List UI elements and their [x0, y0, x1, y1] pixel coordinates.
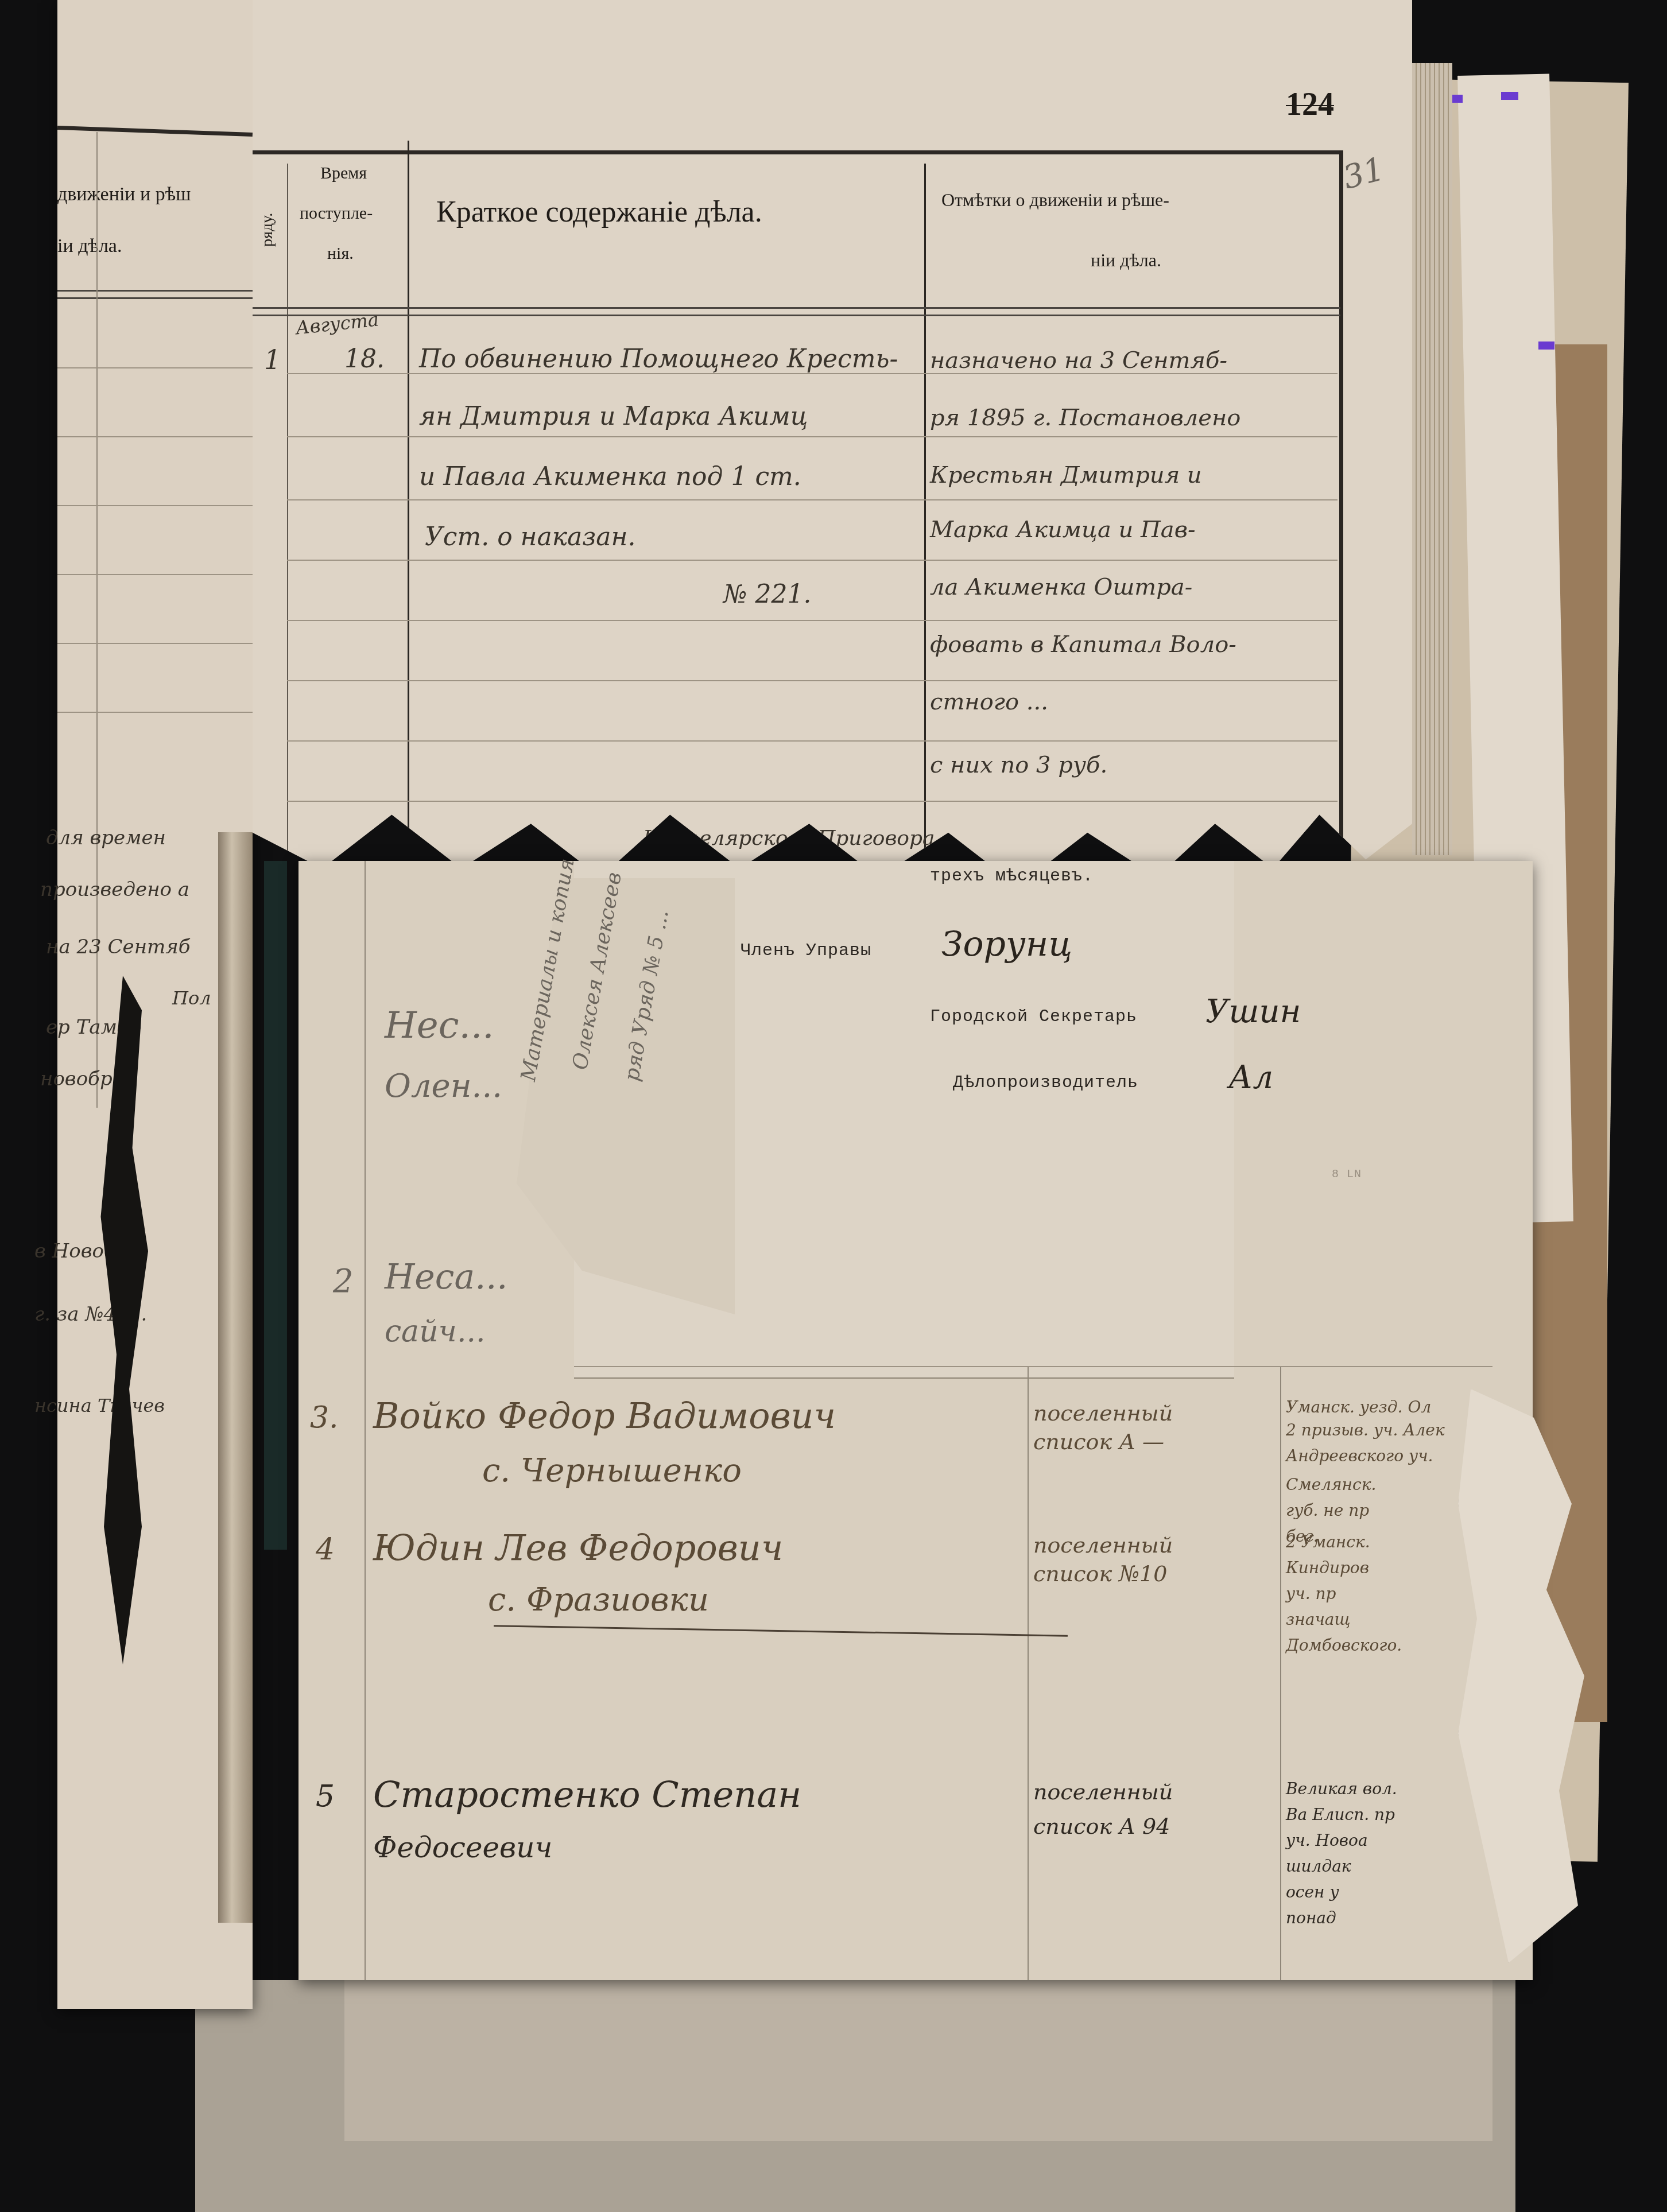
- gutter-dark: [264, 861, 287, 1550]
- movement-line-7: стного ...: [930, 689, 1048, 715]
- typed-fragment-months: трехъ мѣсяцевъ.: [930, 867, 1094, 886]
- page-number: 124: [1286, 86, 1334, 123]
- movement-line-3: Крестьян Дмитрия и: [930, 462, 1202, 488]
- summary-line-3: и Павла Акименка под 1 ст.: [419, 462, 801, 491]
- col-divider-movement: [924, 164, 926, 887]
- left-note-3: на 23 Сентяб: [46, 936, 191, 958]
- list-row-4-no: 4: [316, 1532, 335, 1567]
- list-row-4-name-1: Юдин Лев Федорович: [373, 1527, 783, 1569]
- signature-label-secretary: Городской Секретарь: [930, 1007, 1137, 1027]
- list-row-5-note-6: понад: [1286, 1908, 1336, 1927]
- list-row-4-note-1: 2 Уманск.: [1286, 1532, 1370, 1551]
- list-row-3-note-2: 2 призыв. уч. Алек: [1286, 1421, 1445, 1439]
- list-row-3-note-1: Уманск. уезд. Ол: [1286, 1398, 1431, 1417]
- left-header-bottom-rule: [57, 290, 253, 299]
- header-rule: [57, 126, 253, 137]
- list-row-3-name-1: Войко Федор Вадимович: [373, 1395, 836, 1437]
- ruled-line: [287, 560, 1338, 561]
- ledger-row-line: [57, 367, 253, 368]
- list-row-5-note-3: уч. Новоа: [1286, 1831, 1368, 1850]
- list-row-1-name-1: Нес...: [385, 1004, 494, 1047]
- list-row-4-status-1: поселенный: [1033, 1532, 1173, 1558]
- summary-line-1: По обвинению Помощнего Кресть-: [419, 344, 898, 374]
- col-header-summary: Краткое содержанiе дѣла.: [436, 195, 762, 229]
- col-header-time-1: Время: [320, 164, 367, 183]
- list-row-5-name-1: Старостенко Степан: [373, 1774, 801, 1815]
- stamp-fragment: 8 LN: [1332, 1168, 1362, 1181]
- council-form-sheet: трехъ мѣсяцевъ. Членъ Управы Зорунц Горо…: [298, 861, 1533, 1980]
- left-column-line: [96, 132, 98, 1108]
- torn-bottom-line: Канцелярского Приговора ...: [643, 826, 961, 850]
- list-row-5-note-4: шилдак: [1286, 1857, 1351, 1876]
- ledger-row-line: [57, 643, 253, 644]
- list-row-2-no: 2: [333, 1263, 354, 1300]
- col-header-movement-1: Отмѣтки о движенiи и рѣше-: [941, 189, 1169, 211]
- purple-tab-2: [1501, 92, 1518, 100]
- ruled-line: [287, 620, 1338, 621]
- list-row-3-no: 3.: [310, 1400, 339, 1435]
- ledger-right-page: 124 31 ряду. Время поступле- нiя. Кратко…: [253, 0, 1412, 895]
- signature-member: Зорунц: [941, 924, 1072, 964]
- archive-annotation: 31: [1339, 150, 1389, 197]
- col-header-row-no: ряду.: [258, 213, 277, 247]
- ledger-row-line: [57, 712, 253, 713]
- list-row-5-note-5: осен у: [1286, 1883, 1339, 1901]
- list-row-3-note-5: губ. не пр: [1286, 1501, 1369, 1520]
- movement-line-5: ла Акименка Оштра-: [930, 574, 1192, 600]
- list-row-2-name-1: Неса...: [385, 1257, 507, 1297]
- ledger-row-line: [57, 574, 253, 575]
- signature-secretary: Ушин: [1205, 993, 1301, 1030]
- signature-label-clerk: Дѣлопроизводитель: [953, 1073, 1138, 1093]
- list-col-notes: [1280, 1366, 1281, 1980]
- list-row-4-name-2: с. Фразиовки: [488, 1581, 709, 1619]
- list-top-rule: [574, 1366, 1492, 1367]
- signature-clerk: Ал: [1228, 1059, 1273, 1096]
- list-row-3-note-3: Андреевского уч.: [1286, 1446, 1433, 1465]
- table-top-rule: [253, 150, 1343, 154]
- ledger-row-line: [57, 505, 253, 506]
- left-note-4: Пол: [172, 987, 211, 1009]
- purple-tab-3: [1538, 341, 1554, 350]
- list-col-no: [365, 861, 366, 1980]
- list-row-5-status-1: поселенный: [1033, 1779, 1173, 1804]
- col-header-time-3: нiя.: [327, 244, 354, 263]
- list-row-3-name-2: с. Чернышенко: [482, 1452, 742, 1489]
- summary-case-number: № 221.: [723, 580, 812, 609]
- col-header-time-2: поступле-: [300, 204, 373, 223]
- ruled-line: [287, 740, 1338, 742]
- movement-line-4: Марка Акимца и Пав-: [930, 517, 1195, 543]
- list-col-status: [1028, 1366, 1029, 1980]
- list-row-4-note-2: Киндиров: [1286, 1558, 1369, 1577]
- list-row-5-no: 5: [316, 1779, 335, 1814]
- list-row-5-name-2: Федосеевич: [373, 1831, 552, 1864]
- left-note-9: нсина Ткачев: [34, 1395, 165, 1417]
- movement-line-6: фовать в Капитал Воло-: [930, 631, 1236, 658]
- list-row-3-status-2: список А —: [1033, 1429, 1164, 1454]
- col-divider-time: [287, 164, 288, 887]
- summary-line-4: Уст. о наказан.: [425, 522, 636, 552]
- ruled-line: [287, 801, 1338, 802]
- list-row-5-status-2: список А 94: [1033, 1814, 1170, 1839]
- summary-line-2: ян Дмитрия и Марка Акимц: [419, 402, 808, 431]
- list-row-5-note-2: Ва Елисп. пр: [1286, 1805, 1395, 1824]
- left-note-6: новобр: [40, 1068, 113, 1091]
- list-row-3-status-1: поселенный: [1033, 1400, 1173, 1426]
- entry-row-no: 1: [264, 344, 281, 375]
- ruled-line: [287, 680, 1338, 681]
- ledger-row-line: [57, 436, 253, 437]
- list-row-2-name-2: сайч...: [385, 1314, 486, 1349]
- movement-line-2: ря 1895 г. Постановлено: [930, 405, 1240, 431]
- row-4-underline: [494, 1625, 1068, 1636]
- binding-thread: [218, 832, 253, 1923]
- signature-label-member: Членъ Управы: [741, 941, 871, 961]
- ledger-page-edges: [1412, 63, 1452, 855]
- movement-line-1: назначено на 3 Сентяб-: [930, 347, 1227, 374]
- col-header-movement-2: нiи дѣла.: [1091, 250, 1161, 271]
- list-row-5-note-1: Великая вол.: [1286, 1779, 1397, 1798]
- header-bottom-rule: [253, 307, 1340, 316]
- left-note-1: для времен: [46, 826, 166, 849]
- left-header-line2: iи дѣла.: [57, 235, 122, 257]
- table-right-border: [1339, 150, 1343, 862]
- ruled-line: [287, 499, 1338, 500]
- list-row-4-status-2: список №10: [1033, 1561, 1167, 1586]
- list-row-1-name-2: Олен...: [385, 1068, 502, 1105]
- list-row-4-note-5: Домбовского.: [1286, 1636, 1402, 1655]
- movement-line-8: с них по 3 руб.: [930, 752, 1107, 778]
- list-row-3-note-4: Смелянск.: [1286, 1475, 1376, 1494]
- list-row-4-note-4: значащ: [1286, 1610, 1351, 1629]
- left-note-2: произведено а: [40, 878, 189, 901]
- entry-day: 18.: [344, 344, 385, 374]
- ruled-line: [287, 436, 1338, 437]
- list-row-4-note-3: уч. пр: [1286, 1584, 1336, 1603]
- left-header-line1: движенiи и рѣш: [57, 184, 191, 205]
- col-divider-summary: [408, 141, 409, 887]
